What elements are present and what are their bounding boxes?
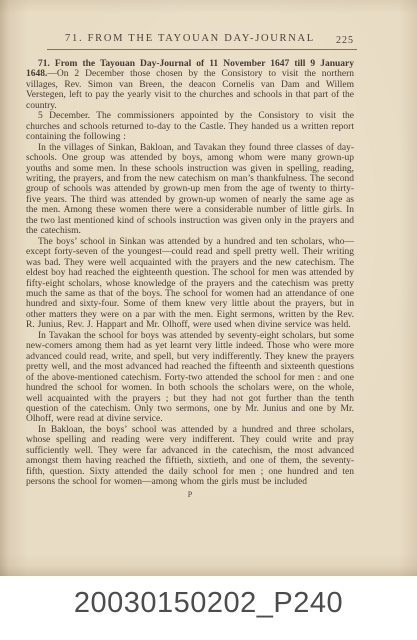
book-page-scan: 71. FROM THE TAYOUAN DAY-JOURNAL 225 71.… — [0, 0, 417, 576]
paragraph: 5 December. The commissioners appointed … — [26, 111, 354, 142]
paragraph: In Tavakan the school for boys was atten… — [26, 331, 354, 425]
paragraph: In Bakloan, the boys’ school was attende… — [26, 425, 354, 488]
scan-id-label: 20030150202_P240 — [74, 587, 343, 620]
header-rule — [47, 49, 357, 50]
article-body: 71. From the Tayouan Day-Journal of 11 N… — [26, 59, 354, 488]
footer-band: 20030150202_P240 — [0, 576, 417, 640]
page-number: 225 — [336, 35, 354, 46]
paragraph-intro-text: —On 2 December those chosen by the Consi… — [26, 69, 354, 110]
signature-mark: P — [26, 490, 354, 499]
paragraph-intro: 71. From the Tayouan Day-Journal of 11 N… — [26, 59, 354, 111]
running-header-title: 71. FROM THE TAYOUAN DAY-JOURNAL — [65, 33, 315, 44]
paragraph: The boys’ school in Sinkan was attended … — [26, 237, 354, 331]
paragraph: In the villages of Sinkan, Bakloan, and … — [26, 143, 354, 237]
running-header: 71. FROM THE TAYOUAN DAY-JOURNAL 225 — [26, 33, 354, 44]
page-content: 71. FROM THE TAYOUAN DAY-JOURNAL 225 71.… — [26, 33, 354, 499]
